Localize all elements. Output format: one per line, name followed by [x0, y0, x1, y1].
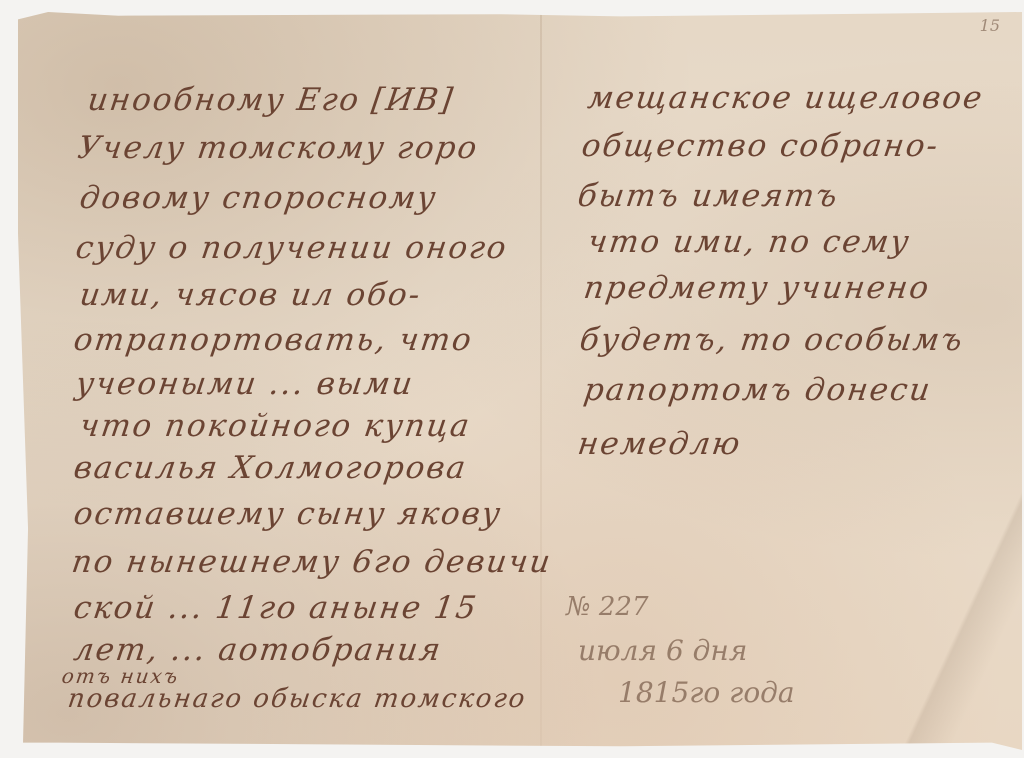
left-line-1: инообному Его [ИВ] [85, 82, 456, 118]
year-line: 1815го года [618, 676, 795, 709]
left-line-7: учеоными ... выми [73, 366, 416, 402]
left-line-15: повальнаго обыска томского [66, 684, 529, 714]
left-line-4: суду о получении оного [73, 230, 510, 266]
right-line-6: будетъ, то особымъ [577, 322, 966, 358]
left-line-5: ими, чясов ил обо- [77, 277, 423, 313]
left-line-3: довому споросному [77, 180, 439, 216]
left-line-8: что покойного купца [77, 408, 473, 444]
right-line-3: бытъ имеятъ [575, 178, 841, 214]
manuscript-page: 15 инообному Его [ИВ] Учелу томскому гор… [18, 12, 1022, 750]
left-line-10: оставшему сыну якову [71, 496, 504, 532]
left-line-9: василья Холмогорова [71, 450, 469, 486]
right-line-4: что ими, по сему [585, 224, 912, 260]
right-line-1: мещанское ищеловое [585, 80, 986, 116]
center-fold [540, 12, 542, 750]
left-line-12: ской ... 11го аныне 15 [71, 590, 480, 626]
right-line-7: рапортомъ донеси [581, 372, 934, 408]
right-line-8: немедлю [575, 426, 744, 462]
corner-crease [902, 490, 1022, 750]
document-number: № 227 [566, 592, 649, 622]
page-number: 15 [980, 16, 1000, 35]
right-line-5: предмету учинено [581, 270, 932, 306]
date-line: июля 6 дня [578, 634, 747, 667]
right-line-2: общество собрано- [579, 128, 941, 164]
left-line-6: отрапортовать, что [71, 322, 475, 358]
left-line-13: лет, ... аотобрания [71, 632, 444, 668]
left-line-2: Учелу томскому горо [75, 130, 480, 166]
left-line-11: по нынешнему 6го девичи [69, 544, 554, 580]
